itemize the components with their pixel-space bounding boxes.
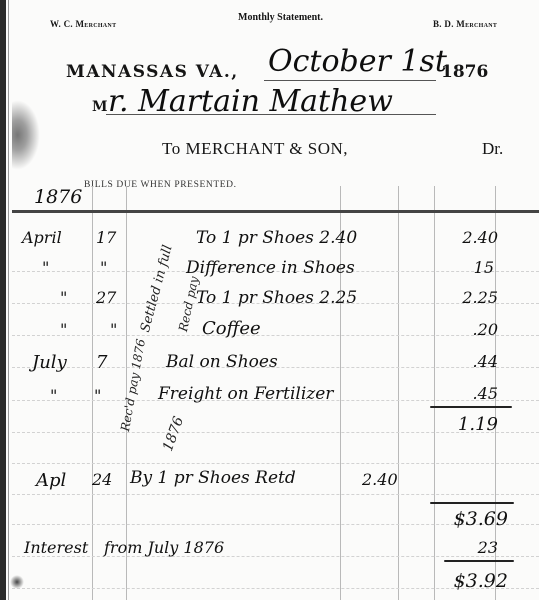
credit-month: Apl — [36, 470, 66, 491]
column-rule — [398, 186, 399, 600]
entry-day: " — [100, 258, 107, 277]
interest-amount: 23 — [418, 538, 498, 557]
credit-description: By 1 pr Shoes Retd — [130, 468, 296, 488]
header-left-name: W. C. Merchant — [50, 19, 116, 29]
entry-amount: 2.25 — [418, 288, 498, 307]
entry-amount: .45 — [418, 384, 498, 403]
date-underline — [264, 80, 436, 81]
binder-clip-shadow-lower — [10, 575, 24, 589]
ledger-top-rule — [12, 210, 539, 213]
entry-month: " — [50, 386, 57, 405]
entry-description: To 1 pr Shoes 2.40 — [196, 228, 357, 248]
entry-month: " — [60, 288, 67, 307]
page-border-line — [8, 0, 9, 600]
entry-day: 27 — [96, 288, 116, 307]
margin-note-settled: Settled in full — [138, 244, 176, 334]
total-amount: $3.92 — [428, 570, 508, 592]
entry-description: Bal on Shoes — [166, 352, 278, 372]
dateline-city: MANASSAS VA., — [66, 62, 239, 82]
entry-amount: 15 — [414, 258, 494, 277]
debit-label: Dr. — [482, 139, 503, 159]
entry-day: 17 — [96, 228, 116, 247]
entry-day: " — [110, 320, 117, 339]
entry-month: " — [60, 320, 67, 339]
row-rule — [12, 494, 539, 496]
subtotal-rule — [430, 406, 512, 408]
entry-description: To 1 pr Shoes 2.25 — [196, 288, 357, 308]
header-right-name: B. D. Merchant — [433, 19, 497, 29]
column-rule — [92, 186, 93, 600]
entry-amount: .20 — [418, 320, 498, 339]
creditor-line: To MERCHANT & SON, — [162, 139, 348, 159]
row-rule — [12, 463, 539, 465]
subtotal-amount: 1.19 — [418, 414, 498, 435]
entry-description: Freight on Fertilizer — [158, 384, 333, 404]
credit-amount: 2.40 — [362, 470, 398, 489]
entry-day: " — [94, 386, 101, 405]
entry-month: " — [42, 258, 49, 277]
entry-month: April — [22, 228, 62, 247]
entry-description: Coffee — [202, 318, 261, 339]
interest-description: from July 1876 — [104, 538, 224, 557]
entry-amount: 2.40 — [418, 228, 498, 247]
binder-clip-shadow — [12, 100, 40, 170]
addressee-underline — [106, 114, 436, 115]
addressee-prefix: M — [92, 99, 108, 115]
entry-day: 7 — [96, 352, 107, 373]
statement-page: W. C. Merchant Monthly Statement. B. D. … — [0, 0, 539, 600]
header-title: Monthly Statement. — [238, 12, 323, 23]
entry-month: July — [32, 352, 67, 373]
dateline-handwritten-date: October 1st — [268, 44, 447, 79]
terms-text: BILLS DUE WHEN PRESENTED. — [84, 180, 237, 190]
entry-description: Difference in Shoes — [186, 258, 355, 278]
page-binding-edge — [0, 0, 6, 600]
ledger-year: 1876 — [34, 186, 82, 208]
total-rule — [444, 560, 514, 562]
margin-note-receipt: Rec'd pay 1876 — [118, 338, 148, 433]
column-rule — [340, 186, 341, 600]
credit-day: 24 — [92, 470, 112, 489]
interest-label: Interest — [24, 538, 88, 557]
dateline-year: 1876 — [441, 62, 488, 82]
balance-amount: $3.69 — [428, 508, 508, 530]
balance-rule — [430, 502, 514, 504]
entry-amount: .44 — [418, 352, 498, 371]
